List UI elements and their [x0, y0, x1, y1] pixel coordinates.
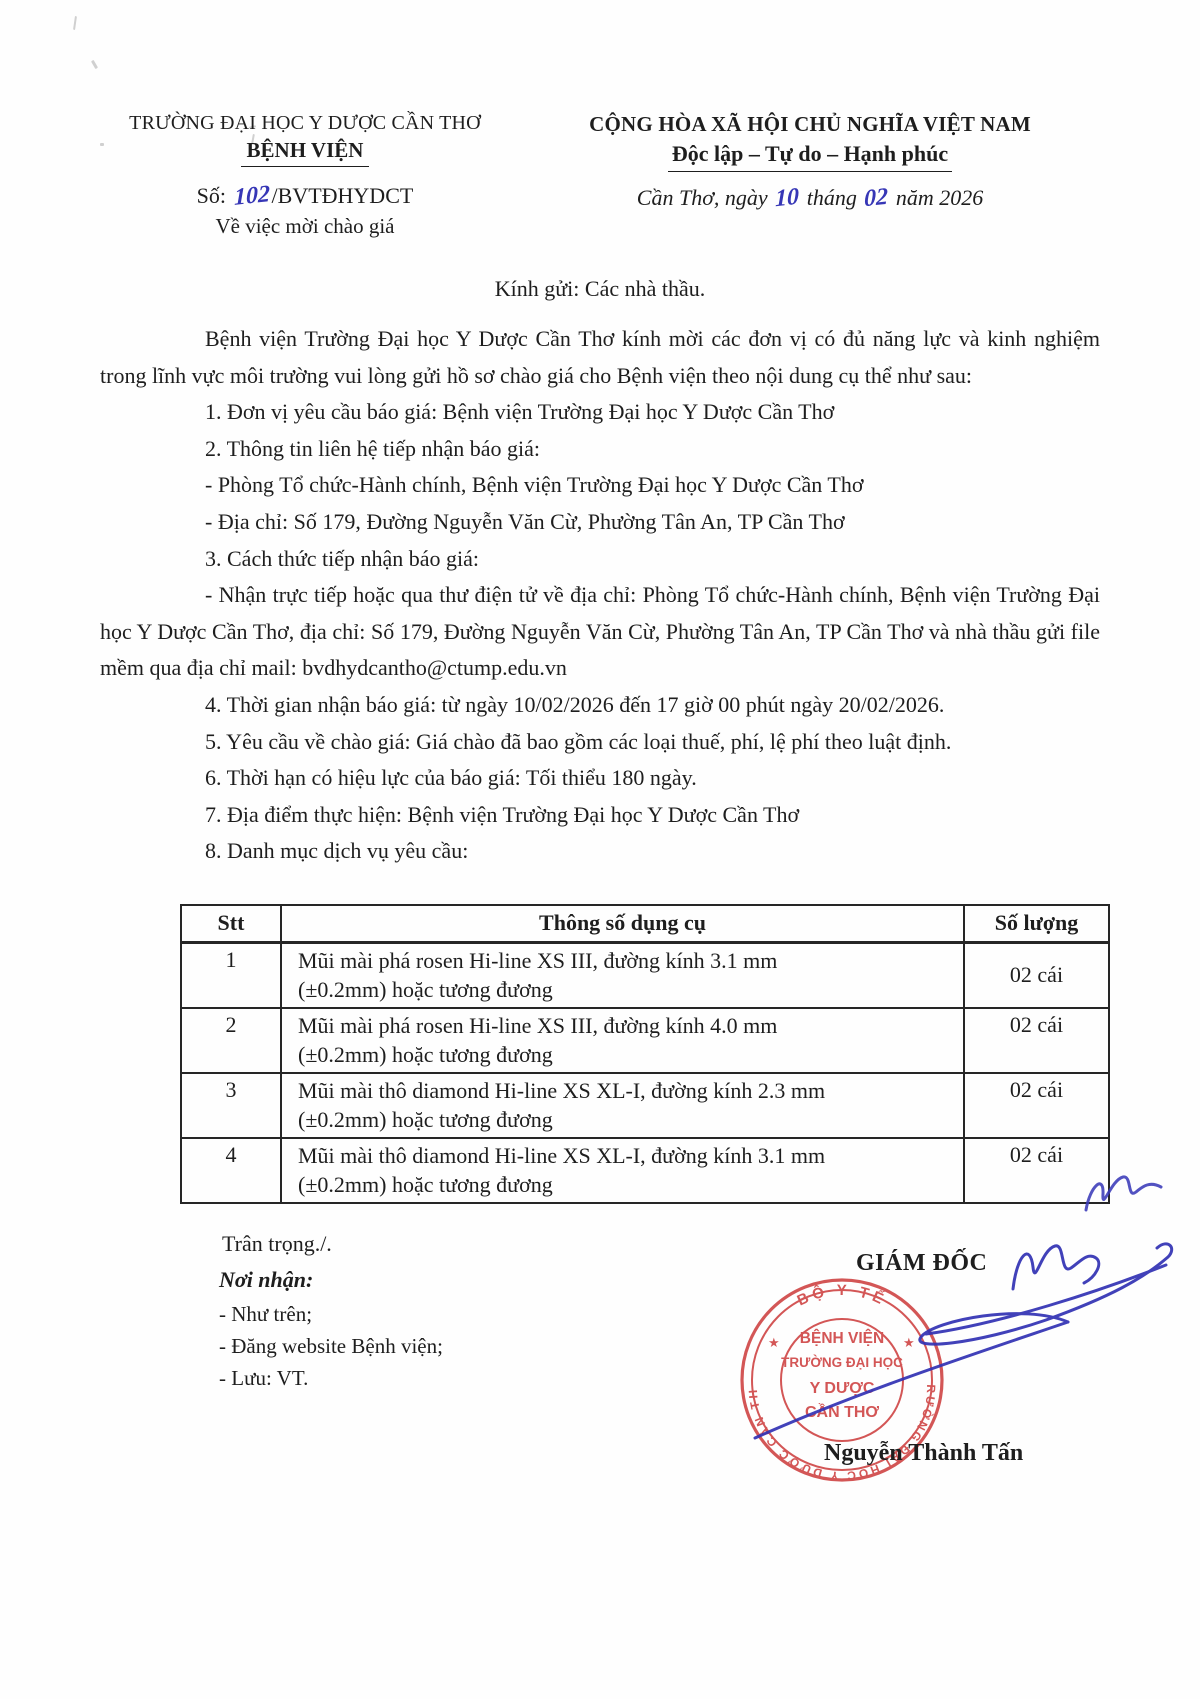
director-signature [700, 1225, 1200, 1475]
scan-speck [73, 16, 77, 30]
scan-speck [91, 60, 98, 69]
issuer-org-name: BỆNH VIỆN [105, 138, 505, 167]
issuer-header: TRƯỜNG ĐẠI HỌC Y DƯỢC CẦN THƠ BỆNH VIỆN … [105, 112, 505, 239]
table-row: 4 Mũi mài thô diamond Hi-line XS XL-I, đ… [181, 1138, 1109, 1203]
col-header-qty: Số lượng [964, 905, 1109, 942]
issuer-parent-org: TRƯỜNG ĐẠI HỌC Y DƯỢC CẦN THƠ [105, 112, 505, 135]
row-qty: 02 cái [964, 1073, 1109, 1138]
body-item-2: 2. Thông tin liên hệ tiếp nhận báo giá: [100, 431, 1100, 468]
row-stt: 4 [181, 1138, 281, 1203]
closing-phrase: Trân trọng./. [222, 1231, 332, 1257]
body-item-3: 3. Cách thức tiếp nhận báo giá: [100, 541, 1100, 578]
place-date-line: Cần Thơ, ngày 10 tháng 02 năm 2026 [545, 185, 1075, 212]
document-subject: Về việc mời chào giá [105, 214, 505, 239]
row-stt: 2 [181, 1008, 281, 1073]
row-stt: 3 [181, 1073, 281, 1138]
handwritten-day: 10 [773, 183, 801, 213]
spec-line-2: (±0.2mm) hoặc tương đương [298, 1040, 953, 1070]
body-item-8: 8. Danh mục dịch vụ yêu cầu: [100, 833, 1100, 870]
signer-name: Nguyễn Thành Tấn [824, 1440, 1023, 1467]
letter-body: Bệnh viện Trường Đại học Y Dược Cần Thơ … [100, 321, 1100, 870]
service-items-table: Stt Thông số dụng cụ Số lượng 1 Mũi mài … [180, 904, 1110, 1204]
table-row: 3 Mũi mài thô diamond Hi-line XS XL-I, đ… [181, 1073, 1109, 1138]
national-title: CỘNG HÒA XÃ HỘI CHỦ NGHĨA VIỆT NAM [545, 112, 1075, 137]
row-qty: 02 cái [964, 942, 1109, 1008]
handwritten-month: 02 [862, 183, 890, 213]
row-qty: 02 cái [964, 1008, 1109, 1073]
body-item-1: 1. Đơn vị yêu cầu báo giá: Bệnh viện Trư… [100, 394, 1100, 431]
handwritten-doc-number: 102 [232, 181, 272, 212]
salutation: Kính gửi: Các nhà thầu. [0, 276, 1200, 302]
col-header-stt: Stt [181, 905, 281, 942]
body-item-7: 7. Địa điểm thực hiện: Bệnh viện Trường … [100, 797, 1100, 834]
body-item-contact-address: - Địa chỉ: Số 179, Đường Nguyễn Văn Cừ, … [100, 504, 1100, 541]
spec-line-2: (±0.2mm) hoặc tương đương [298, 975, 953, 1005]
spec-line-1: Mũi mài thô diamond Hi-line XS XL-I, đườ… [298, 1141, 953, 1171]
scanned-letter-page: TRƯỜNG ĐẠI HỌC Y DƯỢC CẦN THƠ BỆNH VIỆN … [0, 0, 1200, 1699]
row-stt: 1 [181, 942, 281, 1008]
spec-line-2: (±0.2mm) hoặc tương đương [298, 1105, 953, 1135]
row-spec: Mũi mài phá rosen Hi-line XS III, đường … [281, 1008, 964, 1073]
handwritten-initials [1078, 1166, 1168, 1224]
intro-paragraph: Bệnh viện Trường Đại học Y Dược Cần Thơ … [100, 321, 1100, 394]
col-header-spec: Thông số dụng cụ [281, 905, 964, 942]
spec-line-2: (±0.2mm) hoặc tương đương [298, 1170, 953, 1200]
spec-line-1: Mũi mài phá rosen Hi-line XS III, đường … [298, 946, 953, 976]
table-row: 1 Mũi mài phá rosen Hi-line XS III, đườn… [181, 942, 1109, 1008]
table-header-row: Stt Thông số dụng cụ Số lượng [181, 905, 1109, 942]
spec-line-1: Mũi mài phá rosen Hi-line XS III, đường … [298, 1011, 953, 1041]
body-item-6: 6. Thời hạn có hiệu lực của báo giá: Tối… [100, 760, 1100, 797]
body-item-5: 5. Yêu cầu về chào giá: Giá chào đã bao … [100, 724, 1100, 761]
national-header: CỘNG HÒA XÃ HỘI CHỦ NGHĨA VIỆT NAM Độc l… [545, 112, 1075, 212]
recipient-item: - Như trên; [219, 1302, 312, 1327]
recipients-label: Nơi nhận: [219, 1267, 313, 1293]
table-row: 2 Mũi mài phá rosen Hi-line XS III, đườn… [181, 1008, 1109, 1073]
receive-method-paragraph: - Nhận trực tiếp hoặc qua thư điện tử về… [100, 577, 1100, 687]
row-spec: Mũi mài thô diamond Hi-line XS XL-I, đườ… [281, 1138, 964, 1203]
row-spec: Mũi mài phá rosen Hi-line XS III, đường … [281, 942, 964, 1008]
body-item-contact-dept: - Phòng Tổ chức-Hành chính, Bệnh viện Tr… [100, 467, 1100, 504]
scan-speck [100, 143, 104, 146]
document-number: Số: 102/BVTĐHYDCT [105, 183, 505, 210]
recipient-item: - Lưu: VT. [219, 1366, 308, 1391]
body-item-4: 4. Thời gian nhận báo giá: từ ngày 10/02… [100, 687, 1100, 724]
spec-line-1: Mũi mài thô diamond Hi-line XS XL-I, đườ… [298, 1076, 953, 1106]
row-spec: Mũi mài thô diamond Hi-line XS XL-I, đườ… [281, 1073, 964, 1138]
recipient-item: - Đăng website Bệnh viện; [219, 1334, 443, 1359]
national-motto: Độc lập – Tự do – Hạnh phúc [545, 141, 1075, 172]
